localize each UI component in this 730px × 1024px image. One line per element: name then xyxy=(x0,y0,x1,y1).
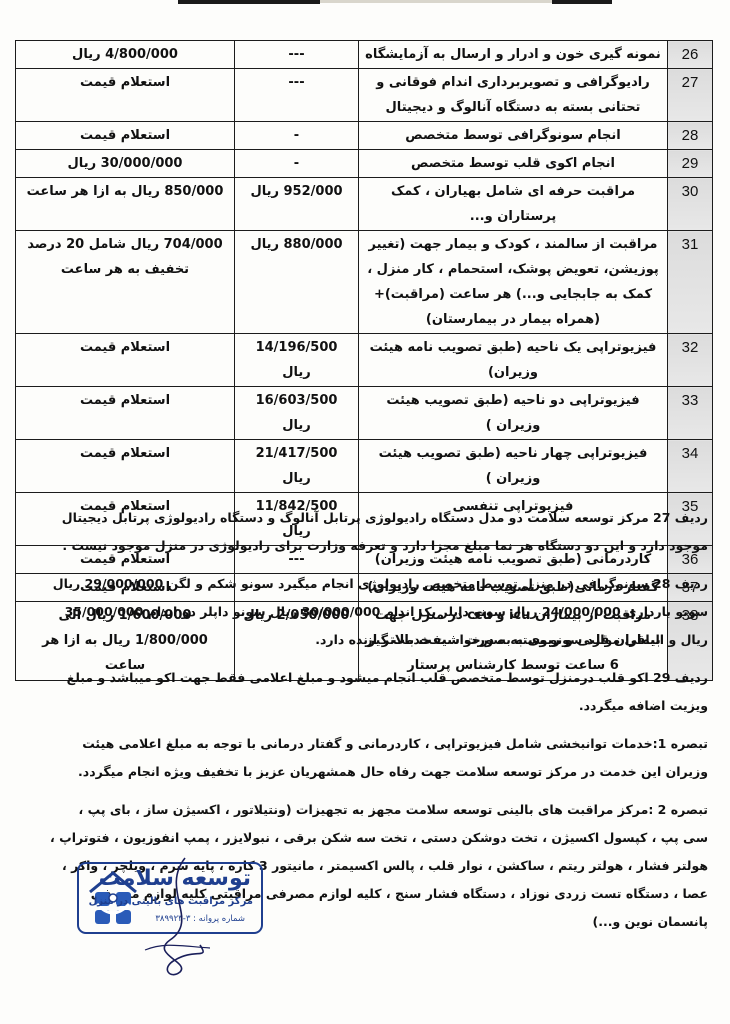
note-row-27: ردیف 27 مرکز توسعه سلامت دو مدل دستگاه ر… xyxy=(50,504,708,560)
row-number: 34 xyxy=(668,440,713,493)
binder-clip-edge xyxy=(552,0,612,4)
govt-tariff: --- xyxy=(235,69,359,122)
table-row: 26نمونه گیری خون و ادرار و ارسال به آزما… xyxy=(16,41,713,69)
center-price: استعلام قیمت xyxy=(16,122,235,150)
row-number: 33 xyxy=(668,387,713,440)
govt-tariff: 16/603/500 ریال xyxy=(235,387,359,440)
row-number: 30 xyxy=(668,178,713,231)
service-description: مراقبت حرفه ای شامل بهیاران ، کمک پرستار… xyxy=(359,178,668,231)
table-row: 34فیزیوتراپی چهار ناحیه (طبق تصویب هیئت … xyxy=(16,440,713,493)
center-price: 4/800/000 ریال xyxy=(16,41,235,69)
govt-tariff: 21/417/500 ریال xyxy=(235,440,359,493)
table-row: 31مراقبت از سالمند ، کودک و بیمار جهت (ت… xyxy=(16,231,713,334)
row-number: 31 xyxy=(668,231,713,334)
service-description: انجام سونوگرافی توسط متخصص xyxy=(359,122,668,150)
row-number: 29 xyxy=(668,150,713,178)
center-price: 30/000/000 ریال xyxy=(16,150,235,178)
table-row: 28انجام سونوگرافی توسط متخصص-استعلام قیم… xyxy=(16,122,713,150)
note-row-28: ردیف 28 سونوگرافی در منزل توسط متخصص راد… xyxy=(50,570,708,654)
row-number: 28 xyxy=(668,122,713,150)
table-row: 27رادیوگرافی و تصویربرداری اندام فوقانی … xyxy=(16,69,713,122)
note-1: تبصره 1:خدمات توانبخشی شامل فیزیوتراپی ،… xyxy=(50,730,708,786)
table-row: 30مراقبت حرفه ای شامل بهیاران ، کمک پرست… xyxy=(16,178,713,231)
row-number: 27 xyxy=(668,69,713,122)
govt-tariff: 14/196/500 ریال xyxy=(235,334,359,387)
signature xyxy=(140,850,220,980)
service-description: رادیوگرافی و تصویربرداری اندام فوقانی و … xyxy=(359,69,668,122)
center-price: استعلام قیمت xyxy=(16,440,235,493)
service-description: نمونه گیری خون و ادرار و ارسال به آزمایش… xyxy=(359,41,668,69)
service-description: فیزیوتراپی یک ناحیه (طبق تصویب نامه هیئت… xyxy=(359,334,668,387)
center-price: استعلام قیمت xyxy=(16,69,235,122)
govt-tariff: 880/000 ریال xyxy=(235,231,359,334)
center-price: استعلام قیمت xyxy=(16,334,235,387)
center-price: 850/000 ریال به ازا هر ساعت xyxy=(16,178,235,231)
binder-clip-edge xyxy=(178,0,320,4)
service-description: فیزیوتراپی چهار ناحیه (طبق تصویب هیئت وز… xyxy=(359,440,668,493)
table-row: 32فیزیوتراپی یک ناحیه (طبق تصویب نامه هی… xyxy=(16,334,713,387)
service-description: مراقبت از سالمند ، کودک و بیمار جهت (تغی… xyxy=(359,231,668,334)
service-description: فیزیوتراپی دو ناحیه (طبق تصویب هیئت وزیر… xyxy=(359,387,668,440)
center-price: 704/000 ریال شامل 20 درصد تخفیف به هر سا… xyxy=(16,231,235,334)
paper-edge xyxy=(320,0,552,3)
note-row-29: ردیف 29 اکو قلب درمنزل توسط متخصص قلب ان… xyxy=(50,664,708,720)
row-number: 26 xyxy=(668,41,713,69)
table-row: 29انجام اکوی قلب توسط متخصص-30/000/000 ر… xyxy=(16,150,713,178)
govt-tariff: - xyxy=(235,150,359,178)
govt-tariff: - xyxy=(235,122,359,150)
row-number: 32 xyxy=(668,334,713,387)
center-price: استعلام قیمت xyxy=(16,387,235,440)
govt-tariff: --- xyxy=(235,41,359,69)
govt-tariff: 952/000 ریال xyxy=(235,178,359,231)
table-row: 33فیزیوتراپی دو ناحیه (طبق تصویب هیئت وز… xyxy=(16,387,713,440)
service-description: انجام اکوی قلب توسط متخصص xyxy=(359,150,668,178)
